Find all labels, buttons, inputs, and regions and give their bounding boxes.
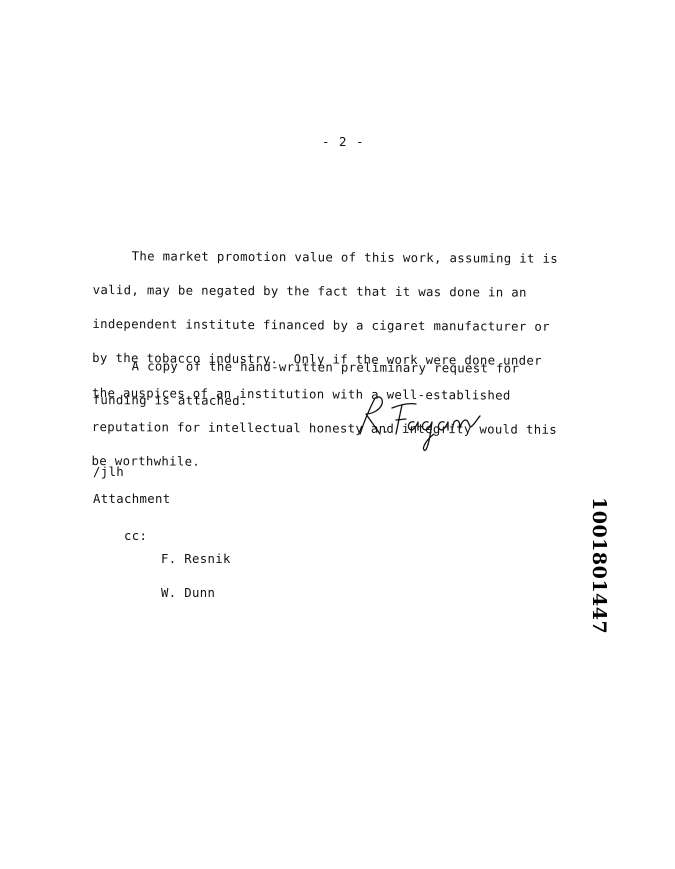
cc-recipient: W. Dunn bbox=[161, 588, 231, 599]
handwritten-signature bbox=[352, 392, 482, 458]
text-line: valid, may be negated by the fact that i… bbox=[93, 285, 558, 299]
cc-recipient: F. Resnik bbox=[161, 554, 231, 565]
cc-recipients: F. Resnik W. Dunn bbox=[161, 531, 231, 622]
text-line: be worthwhile. bbox=[92, 456, 557, 470]
page-number: - 2 - bbox=[322, 134, 365, 149]
bates-number: 1001801447 bbox=[588, 497, 610, 634]
cc-label: cc: bbox=[124, 531, 161, 542]
text-line: A copy of the hand-written preliminary r… bbox=[93, 361, 519, 375]
document-page: - 2 - The market promotion value of this… bbox=[0, 0, 675, 869]
typist-initials: /jlh bbox=[93, 467, 124, 478]
attachment-label: Attachment bbox=[93, 494, 171, 505]
text-line: independent institute financed by a ciga… bbox=[92, 319, 557, 333]
cc-list: cc: F. Resnik W. Dunn bbox=[93, 520, 231, 634]
text-line: The market promotion value of this work,… bbox=[93, 251, 558, 265]
signature-icon bbox=[352, 392, 482, 458]
